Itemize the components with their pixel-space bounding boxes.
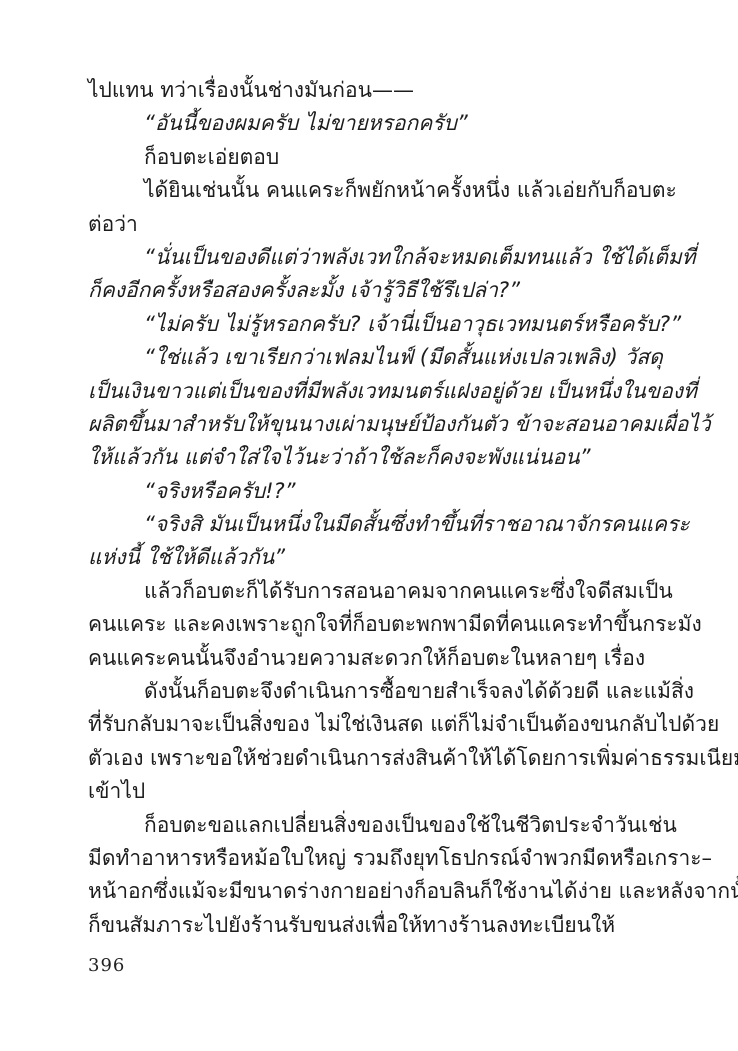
- text-line: คนแคระคนนั้นจึงอำนวยความสะดวกให้ก็อบตะใน…: [88, 642, 654, 675]
- text-line: มีดทำอาหารหรือหม้อใบใหญ่ รวมถึงยุทโธปกรณ…: [88, 842, 654, 875]
- text-line: ก็อบตะเอ่ยตอบ: [88, 141, 654, 174]
- text-line: “ใช่แล้ว เขาเรียกว่าเฟลมไนฟ์ (มีดสั้นแห่…: [88, 341, 654, 374]
- text-line: เป็นเงินขาวแต่เป็นของที่มีพลังเวทมนตร์แฝ…: [88, 375, 654, 408]
- text-line: ก็ขนสัมภาระไปยังร้านรับขนส่งเพื่อให้ทางร…: [88, 909, 654, 942]
- book-page: ไปแทน ทว่าเรื่องนั้นช่างมันก่อน——“อันนี้…: [0, 0, 738, 1051]
- text-line: “จริงสิ มันเป็นหนึ่งในมีดสั้นซึ่งทำขึ้นท…: [88, 508, 654, 541]
- text-line: ให้แล้วกัน แต่จำใส่ใจไว้นะว่าถ้าใช้ละก็ค…: [88, 441, 654, 474]
- text-line: “ไม่ครับ ไม่รู้หรอกครับ? เจ้านี่เป็นอาวุ…: [88, 308, 654, 341]
- text-line: ไปแทน ทว่าเรื่องนั้นช่างมันก่อน——: [88, 74, 654, 107]
- text-line: ตัวเอง เพราะขอให้ช่วยดำเนินการส่งสินค้าใ…: [88, 742, 654, 775]
- text-line: “จริงหรือครับ!?”: [88, 475, 654, 508]
- body-text: ไปแทน ทว่าเรื่องนั้นช่างมันก่อน——“อันนี้…: [88, 74, 654, 942]
- text-line: แห่งนี้ ใช้ให้ดีแล้วกัน”: [88, 541, 654, 574]
- text-line: เข้าไป: [88, 775, 654, 808]
- text-line: ก็คงอีกครั้งหรือสองครั้งละมั้ง เจ้ารู้วิ…: [88, 274, 654, 307]
- text-line: คนแคระ และคงเพราะถูกใจที่ก็อบตะพกพามีดที…: [88, 608, 654, 641]
- text-line: “อันนี้ของผมครับ ไม่ขายหรอกครับ”: [88, 107, 654, 140]
- text-line: ก็อบตะขอแลกเปลี่ยนสิ่งของเป็นของใช้ในชีว…: [88, 809, 654, 842]
- text-line: หน้าอกซึ่งแม้จะมีขนาดร่างกายอย่างก็อบลิน…: [88, 875, 654, 908]
- text-line: “นั่นเป็นของดีแต่ว่าพลังเวทใกล้จะหมดเต็ม…: [88, 241, 654, 274]
- text-line: ต่อว่า: [88, 208, 654, 241]
- text-line: ที่รับกลับมาจะเป็นสิ่งของ ไม่ใช่เงินสด แ…: [88, 708, 654, 741]
- text-line: ได้ยินเช่นนั้น คนแคระก็พยักหน้าครั้งหนึ่…: [88, 174, 654, 207]
- text-line: ผลิตขึ้นมาสำหรับให้ขุนนางเผ่ามนุษย์ป้องก…: [88, 408, 654, 441]
- text-line: แล้วก็อบตะก็ได้รับการสอนอาคมจากคนแคระซึ่…: [88, 575, 654, 608]
- text-line: ดังนั้นก็อบตะจึงดำเนินการซื้อขายสำเร็จลง…: [88, 675, 654, 708]
- page-number: 396: [88, 955, 125, 976]
